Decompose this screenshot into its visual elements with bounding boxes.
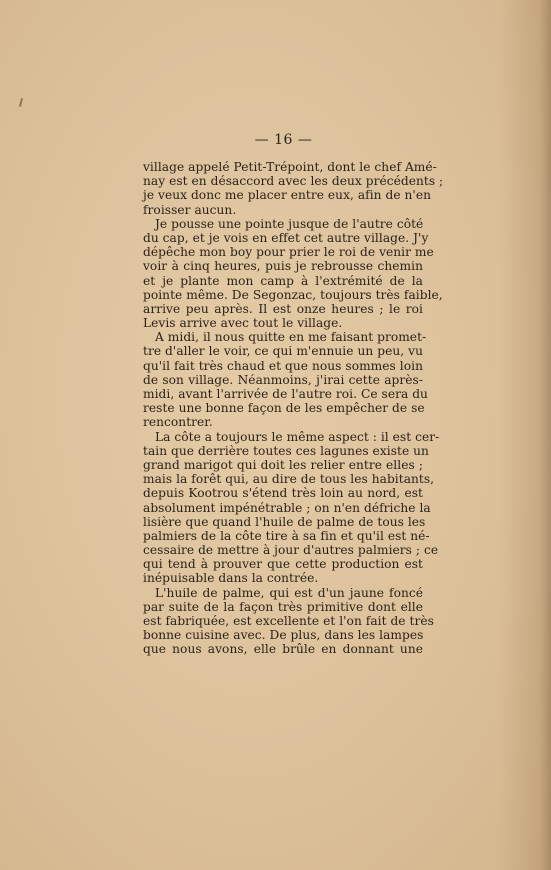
text-line: Levis arrive avec tout le village. <box>143 316 423 330</box>
body-text: village appelé Petit-Trépoint, dont le c… <box>143 160 423 657</box>
text-line: qui tend à prouver que cette production … <box>143 557 423 571</box>
text-line: froisser aucun. <box>143 203 423 217</box>
text-line: qu'il fait très chaud et que nous sommes… <box>143 359 423 373</box>
text-line: de son village. Néanmoins, j'irai cette … <box>143 373 423 387</box>
text-line: lisière que quand l'huile de palme de to… <box>143 515 423 529</box>
text-line: reste une bonne façon de les empêcher de… <box>143 401 423 415</box>
scanned-book-page: — 16 — village appelé Petit-Trépoint, do… <box>0 0 551 870</box>
text-line: inépuisable dans la contrée. <box>143 571 423 585</box>
text-line: dépêche mon boy pour prier le roi de ven… <box>143 245 423 259</box>
text-line: arrive peu après. Il est onze heures ; l… <box>143 302 423 316</box>
paragraph: La côte a toujours le même aspect : il e… <box>143 430 423 586</box>
text-line: nay est en désaccord avec les deux précé… <box>143 174 423 188</box>
text-line: grand marigot qui doit les relier entre … <box>143 458 423 472</box>
text-line: tre d'aller le voir, ce qui m'ennuie un … <box>143 344 423 358</box>
paragraph: A midi, il nous quitte en me faisant pro… <box>143 330 423 429</box>
text-line: A midi, il nous quitte en me faisant pro… <box>143 330 423 344</box>
text-line: palmiers de la côte tire à sa fin et qu'… <box>143 529 423 543</box>
text-line: depuis Kootrou s'étend très loin au nord… <box>143 486 423 500</box>
text-line: L'huile de palme, qui est d'un jaune fon… <box>143 586 423 600</box>
text-line: village appelé Petit-Trépoint, dont le c… <box>143 160 423 174</box>
text-line: que nous avons, elle brûle en donnant un… <box>143 642 423 656</box>
text-line: absolument impénétrable ; on n'en défric… <box>143 501 423 515</box>
text-line: du cap, et je vois en effet cet autre vi… <box>143 231 423 245</box>
text-line: mais la forêt qui, au dire de tous les h… <box>143 472 423 486</box>
text-line: est fabriquée, est excellente et l'on fa… <box>143 614 423 628</box>
text-line: voir à cinq heures, puis je rebrousse ch… <box>143 259 423 273</box>
text-line: pointe même. De Segonzac, toujours très … <box>143 288 423 302</box>
paper-blemish <box>19 98 23 107</box>
text-line: La côte a toujours le même aspect : il e… <box>143 430 423 444</box>
text-line: tain que derrière toutes ces lagunes exi… <box>143 444 423 458</box>
text-line: midi, avant l'arrivée de l'autre roi. Ce… <box>143 387 423 401</box>
paragraph: L'huile de palme, qui est d'un jaune fon… <box>143 586 423 657</box>
text-line: rencontrer. <box>143 415 423 429</box>
paragraph: village appelé Petit-Trépoint, dont le c… <box>143 160 423 217</box>
text-line: cessaire de mettre à jour d'autres palmi… <box>143 543 423 557</box>
text-line: bonne cuisine avec. De plus, dans les la… <box>143 628 423 642</box>
text-line: et je plante mon camp à l'extrémité de l… <box>143 274 423 288</box>
text-line: Je pousse une pointe jusque de l'autre c… <box>143 217 423 231</box>
text-line: par suite de la façon très primitive don… <box>143 600 423 614</box>
paragraph: Je pousse une pointe jusque de l'autre c… <box>143 217 423 331</box>
text-line: je veux donc me placer entre eux, afin d… <box>143 188 423 202</box>
page-number: — 16 — <box>8 132 551 148</box>
